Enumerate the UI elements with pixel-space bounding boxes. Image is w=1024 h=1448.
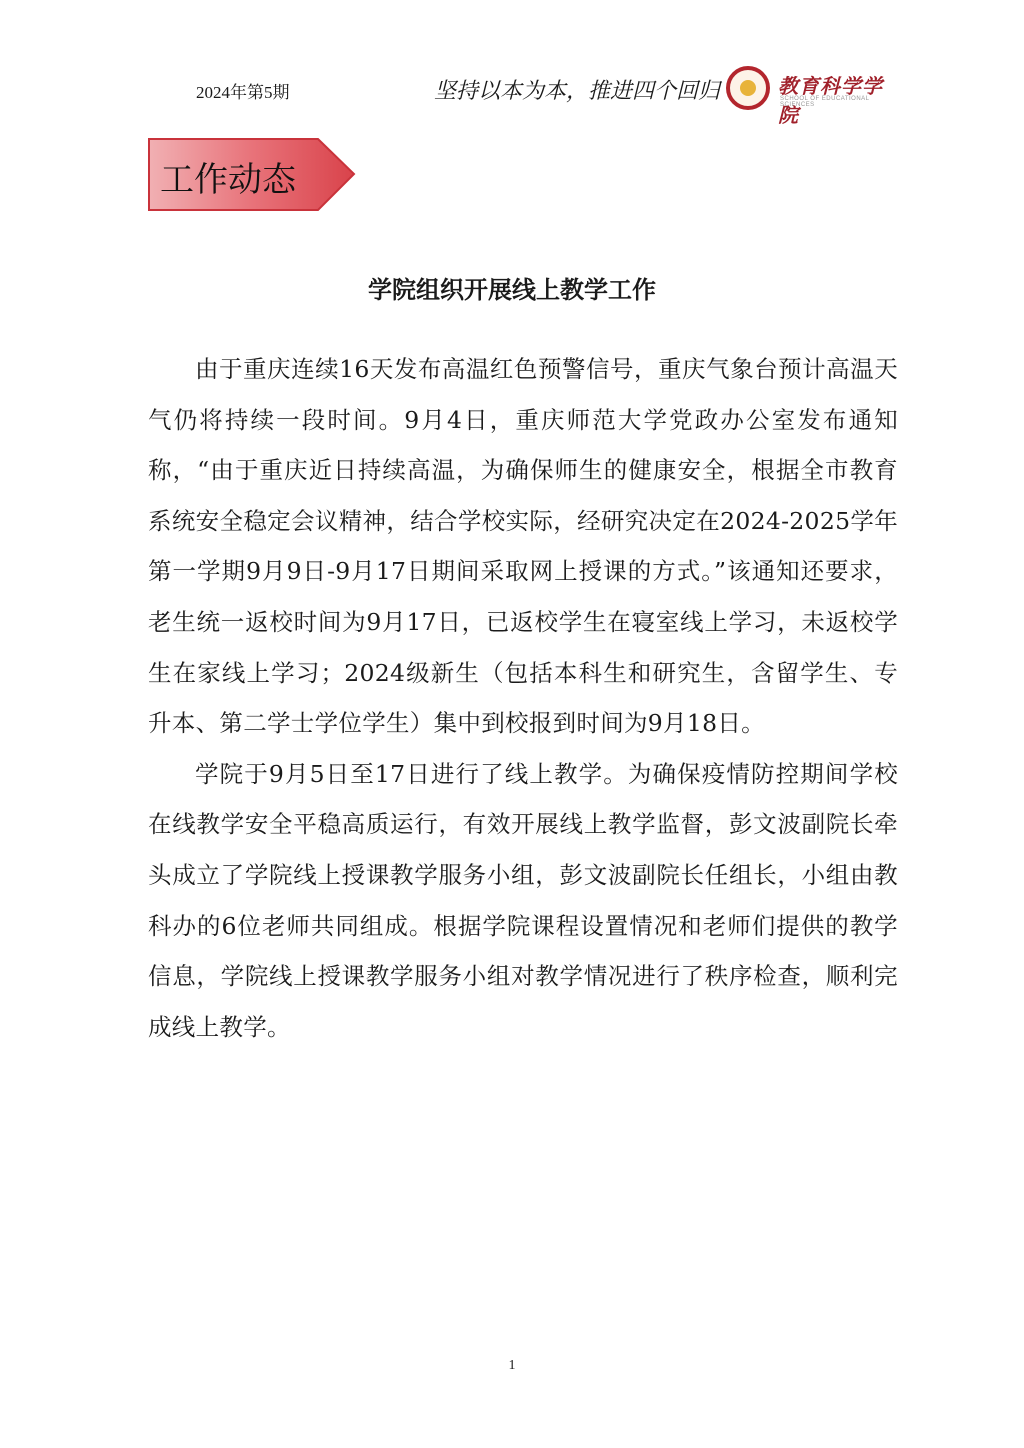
- college-english-name: SCHOOL OF EDUCATIONAL SCIENCES: [780, 96, 901, 108]
- header-slogan: 坚持以本为本，推进四个回归: [434, 74, 720, 105]
- issue-number: 2024年第5期: [196, 78, 290, 103]
- college-emblem-icon: [726, 66, 770, 110]
- page-number: 1: [0, 1358, 1024, 1374]
- paragraph: 由于重庆连续16天发布高温红色预警信号，重庆气象台预计高温天气仍将持续一段时间。…: [148, 344, 898, 749]
- section-tag: 工作动态: [148, 138, 356, 211]
- college-logo: 教育科学学院 SCHOOL OF EDUCATIONAL SCIENCES: [726, 66, 901, 114]
- paragraph: 学院于9月5日至17日进行了线上教学。为确保疫情防控期间学校在线教学安全平稳高质…: [148, 749, 898, 1053]
- article-body: 由于重庆连续16天发布高温红色预警信号，重庆气象台预计高温天气仍将持续一段时间。…: [148, 344, 898, 1052]
- article-title: 学院组织开展线上教学工作: [0, 270, 1024, 305]
- section-label: 工作动态: [160, 152, 296, 201]
